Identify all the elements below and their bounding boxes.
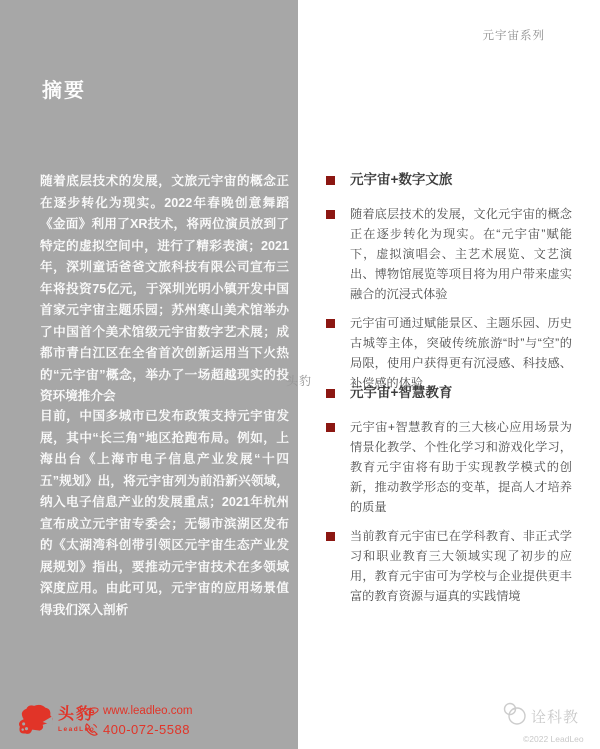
- section-metaverse-tourism: 元宇宙+数字文旅 随着底层技术的发展，文化元宇宙的概念正在逐步转化为现实。在“元…: [326, 170, 572, 402]
- leopard-logo-icon: [17, 703, 55, 748]
- list-item-text: 元宇宙可通过赋能景区、主题乐园、历史古城等主体，突破传统旅游“时”与“空”的局限…: [350, 313, 572, 393]
- list-item-text: 当前教育元宇宙已在学科教育、非正式学习和职业教育三大领域实现了初步的应用，教育元…: [350, 526, 572, 606]
- website-row: e www.leadleo.com: [84, 703, 192, 719]
- list-item-text: 随着底层技术的发展，文化元宇宙的概念正在逐步转化为现实。在“元宇宙”赋能下，虚拟…: [350, 204, 572, 304]
- summary-paragraph-2: 目前，中国多城市已发布政策支持元宇宙发展，其中“长三角”地区抢跑布局。例如，上海…: [40, 406, 289, 621]
- leadleo-text-watermark: 头豹: [286, 372, 312, 389]
- summary-title: 摘要: [42, 74, 86, 103]
- list-item: 元宇宙+智慧教育的三大核心应用场景为情景化教学、个性化学习和游戏化学习，教育元宇…: [326, 417, 572, 517]
- list-item: 随着底层技术的发展，文化元宇宙的概念正在逐步转化为现实。在“元宇宙”赋能下，虚拟…: [326, 204, 572, 304]
- footer-contact: e www.leadleo.com 400-072-5588: [84, 703, 192, 739]
- scribble-seal-icon: [501, 700, 531, 733]
- list-item: 当前教育元宇宙已在学科教育、非正式学习和职业教育三大领域实现了初步的应用，教育元…: [326, 526, 572, 606]
- cert-watermark: 诠科教 ©2022 LeadLeo: [501, 700, 586, 744]
- website-link: www.leadleo.com: [103, 705, 192, 717]
- section-heading-row: 元宇宙+智慧教育: [326, 383, 572, 403]
- summary-panel: 摘要 随着底层技术的发展，文旅元宇宙的概念正在逐步转化为现实。2022年春晚创意…: [0, 0, 298, 749]
- series-label: 元宇宙系列: [483, 27, 546, 43]
- phone-row: 400-072-5588: [84, 721, 192, 737]
- square-bullet-icon: [326, 423, 335, 432]
- square-bullet-icon: [326, 176, 335, 185]
- cert-name: 诠科教: [531, 706, 579, 727]
- square-bullet-icon: [326, 210, 335, 219]
- square-bullet-icon: [326, 389, 335, 398]
- phone-icon: [84, 722, 99, 737]
- list-item-text: 元宇宙+智慧教育的三大核心应用场景为情景化教学、个性化学习和游戏化学习，教育元宇…: [350, 417, 572, 517]
- globe-e-icon: e: [84, 704, 99, 719]
- section-metaverse-education: 元宇宙+智慧教育 元宇宙+智慧教育的三大核心应用场景为情景化教学、个性化学习和游…: [326, 383, 572, 615]
- summary-paragraph-1: 随着底层技术的发展，文旅元宇宙的概念正在逐步转化为现实。2022年春晚创意舞蹈《…: [40, 171, 289, 408]
- report-page: 元宇宙系列 摘要 随着底层技术的发展，文旅元宇宙的概念正在逐步转化为现实。202…: [0, 0, 600, 749]
- section-title: 元宇宙+智慧教育: [350, 383, 452, 403]
- square-bullet-icon: [326, 532, 335, 541]
- cert-row: 诠科教: [501, 700, 586, 733]
- square-bullet-icon: [326, 319, 335, 328]
- cert-copyright: ©2022 LeadLeo: [523, 734, 586, 744]
- section-title: 元宇宙+数字文旅: [350, 170, 452, 190]
- phone-number: 400-072-5588: [103, 722, 190, 737]
- section-heading-row: 元宇宙+数字文旅: [326, 170, 572, 190]
- list-item: 元宇宙可通过赋能景区、主题乐园、历史古城等主体，突破传统旅游“时”与“空”的局限…: [326, 313, 572, 393]
